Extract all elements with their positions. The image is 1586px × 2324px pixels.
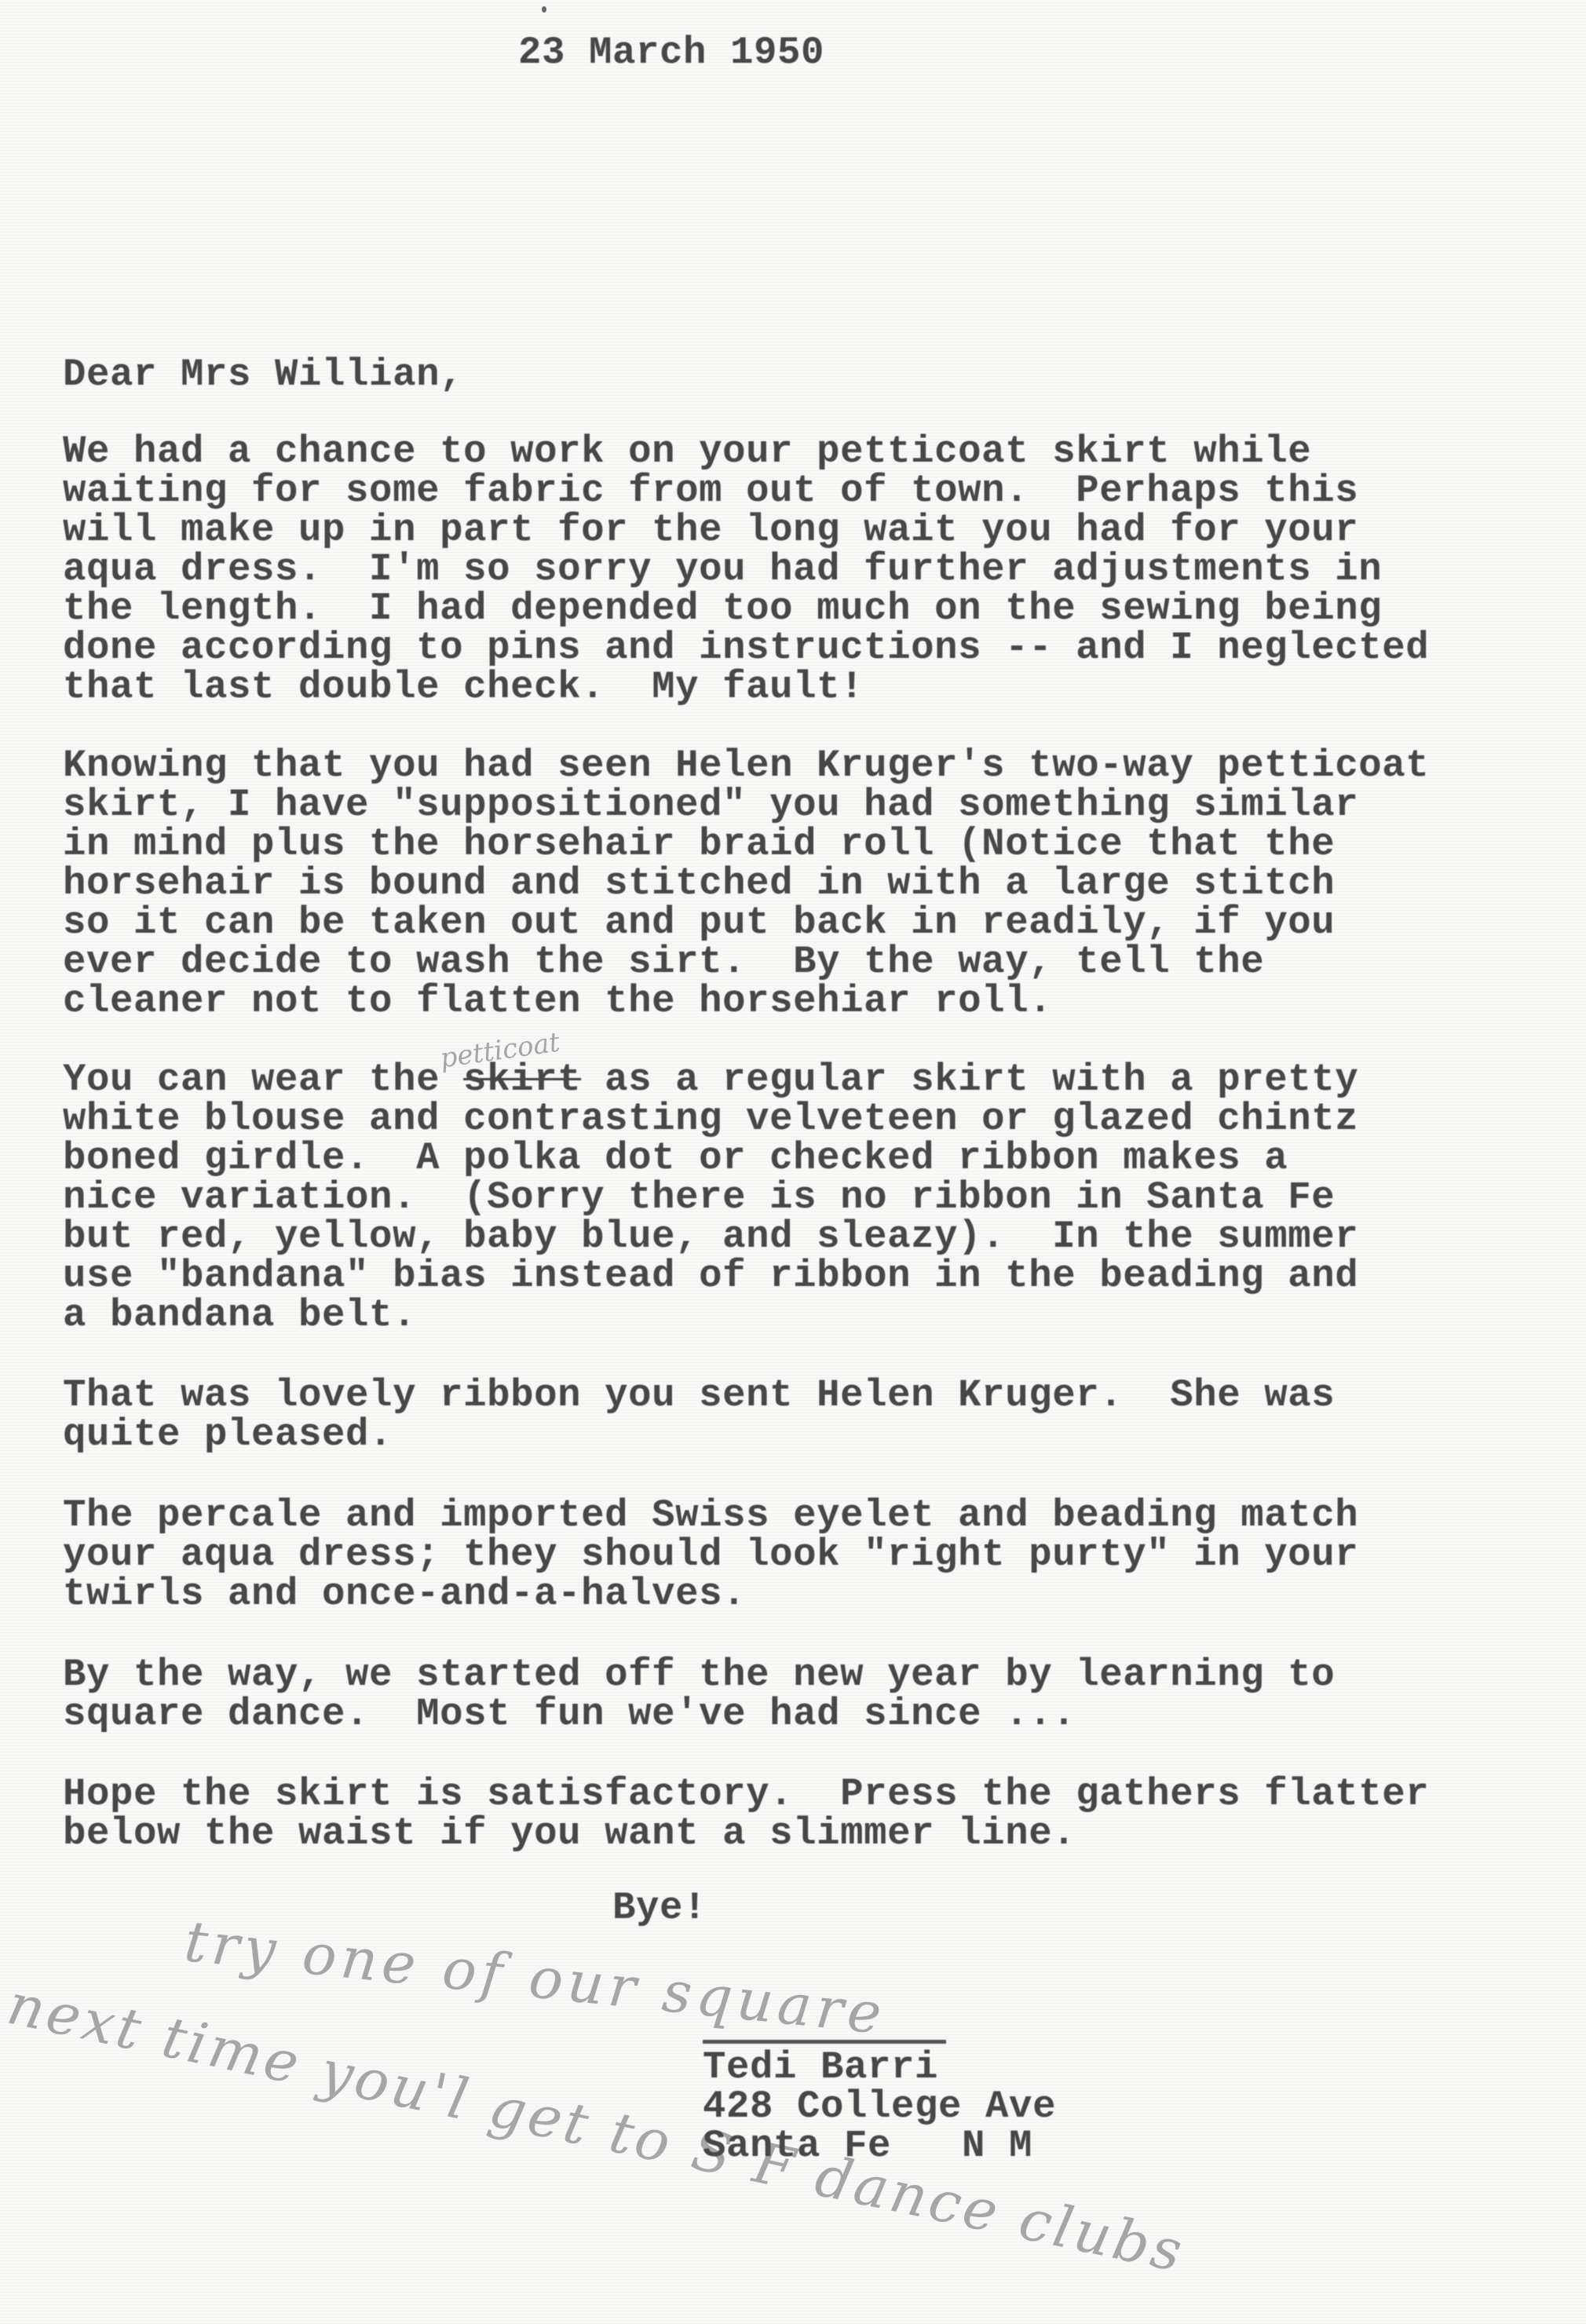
text-line: quite pleased. [63, 1415, 1335, 1454]
text-line: a bandana belt. [63, 1295, 1358, 1335]
text-segment: You can wear the [63, 1058, 463, 1102]
text-line: but red, yellow, baby blue, and sleazy).… [63, 1217, 1358, 1256]
paragraph-fabric: The percale and imported Swiss eyelet an… [63, 1496, 1358, 1613]
signature-name: Tedi Barri [703, 2048, 938, 2087]
paragraph-ribbon: That was lovely ribbon you sent Helen Kr… [63, 1376, 1335, 1454]
text-line: in mind plus the horsehair braid roll (N… [63, 824, 1429, 864]
signature-address-city: Santa Fe N M [703, 2126, 1032, 2165]
text-line: the length. I had depended too much on t… [63, 589, 1429, 628]
text-line: We had a chance to work on your petticoa… [63, 432, 1429, 471]
paragraph-styling: You can wear the skirt as a regular skir… [63, 1060, 1358, 1335]
text-line: cleaner not to flatten the horsehiar rol… [63, 981, 1429, 1021]
text-line: By the way, we started off the new year … [63, 1655, 1335, 1694]
text-line: Hope the skirt is satisfactory. Press th… [63, 1774, 1429, 1814]
text-line: white blouse and contrasting velveteen o… [63, 1099, 1358, 1138]
text-line: nice variation. (Sorry there is no ribbo… [63, 1178, 1358, 1217]
text-line: use "bandana" bias instead of ribbon in … [63, 1256, 1358, 1295]
text-line: done according to pins and instructions … [63, 628, 1429, 667]
ink-speck [542, 6, 546, 13]
paragraph-horsehair: Knowing that you had seen Helen Kruger's… [63, 746, 1429, 1021]
text-line: your aqua dress; they should look "right… [63, 1535, 1358, 1574]
text-line: horsehair is bound and stitched in with … [63, 864, 1429, 903]
text-line: below the waist if you want a slimmer li… [63, 1814, 1429, 1853]
text-line: square dance. Most fun we've had since .… [63, 1694, 1335, 1734]
signature-line [703, 2040, 946, 2044]
closing: Bye! [612, 1888, 707, 1928]
text-line: twirls and once-and-a-halves. [63, 1574, 1358, 1613]
paragraph-square-dance: By the way, we started off the new year … [63, 1655, 1335, 1734]
paragraph-closing-advice: Hope the skirt is satisfactory. Press th… [63, 1774, 1429, 1853]
text-line: ever decide to wash the sirt. By the way… [63, 942, 1429, 981]
text-line: aqua dress. I'm so sorry you had further… [63, 550, 1429, 589]
text-line: so it can be taken out and put back in r… [63, 903, 1429, 942]
text-line: Knowing that you had seen Helen Kruger's… [63, 746, 1429, 785]
text-line: You can wear the skirt as a regular skir… [63, 1060, 1358, 1099]
text-line: That was lovely ribbon you sent Helen Kr… [63, 1376, 1335, 1415]
text-line: that last double check. My fault! [63, 667, 1429, 707]
text-segment: as a regular skirt with a pretty [581, 1058, 1358, 1102]
text-line: waiting for some fabric from out of town… [63, 471, 1429, 510]
paragraph-apology: We had a chance to work on your petticoa… [63, 432, 1429, 707]
text-line: skirt, I have "suppositioned" you had so… [63, 785, 1429, 824]
letter-date: 23 March 1950 [518, 33, 824, 72]
text-line: will make up in part for the long wait y… [63, 510, 1429, 550]
text-line: boned girdle. A polka dot or checked rib… [63, 1138, 1358, 1178]
text-line: The percale and imported Swiss eyelet an… [63, 1496, 1358, 1535]
salutation: Dear Mrs Willian, [63, 355, 463, 394]
signature-address-street: 428 College Ave [703, 2087, 1056, 2126]
